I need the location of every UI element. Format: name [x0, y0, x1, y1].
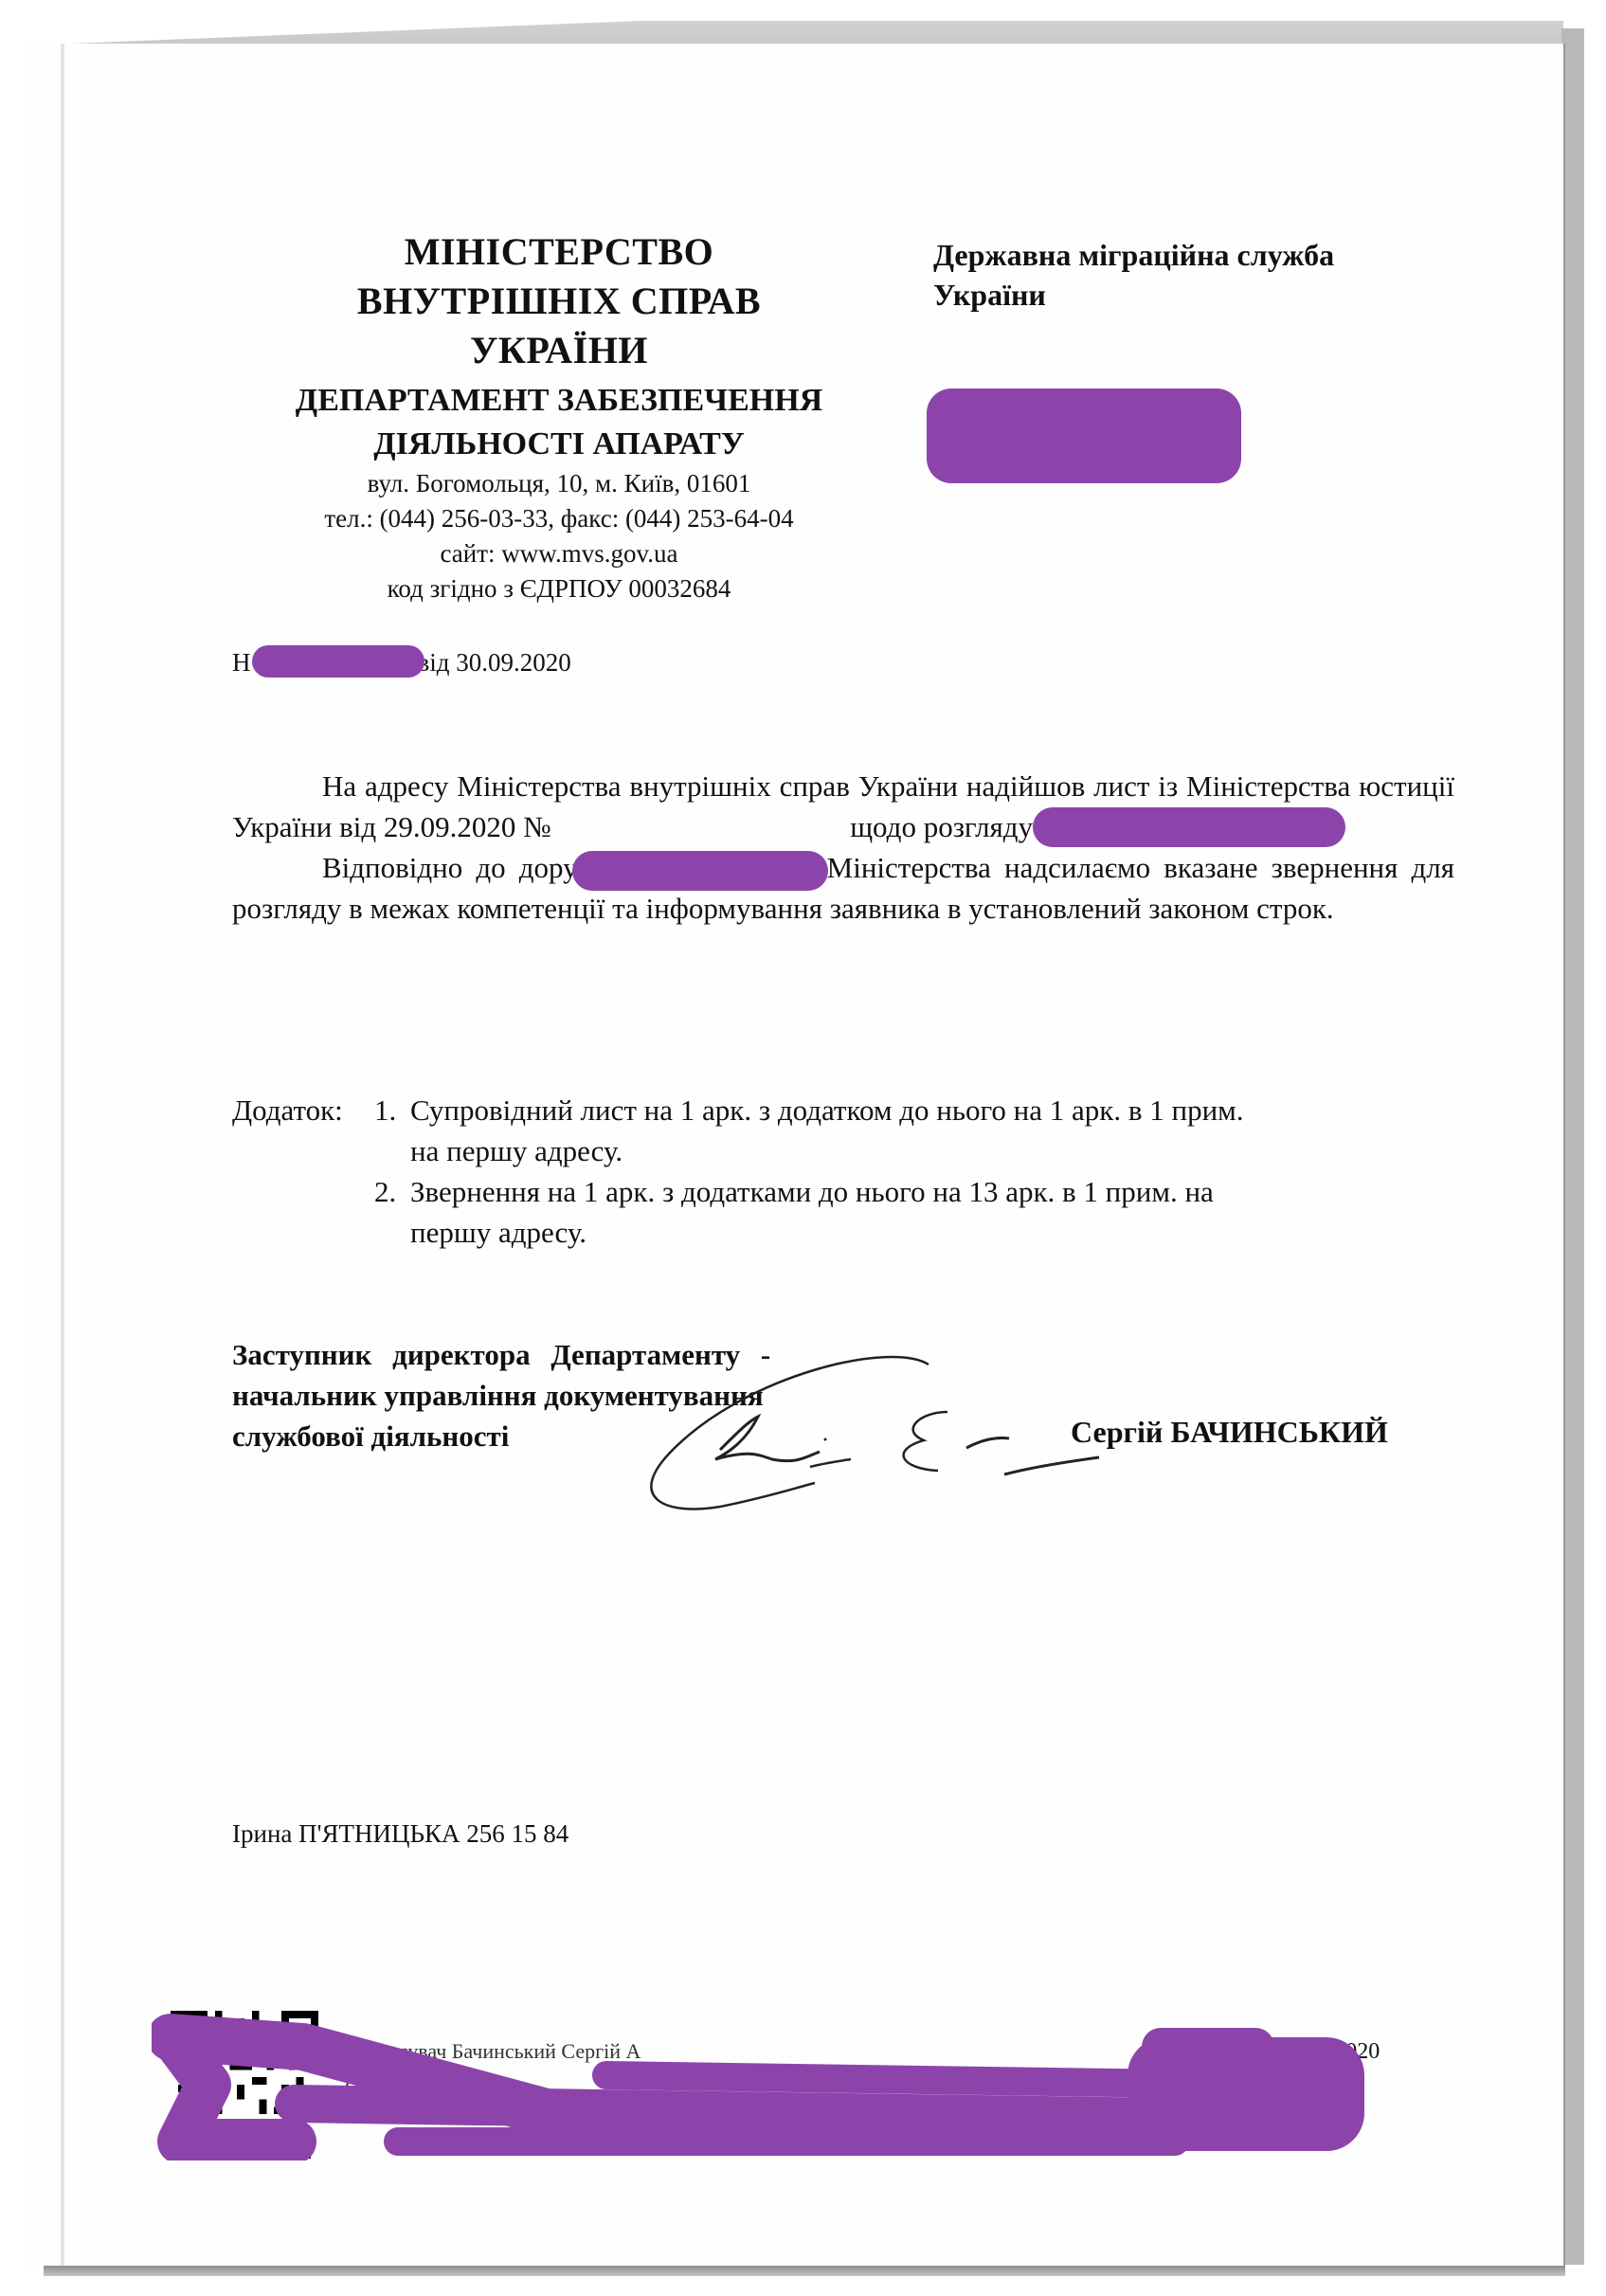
redaction-registration-number	[252, 645, 424, 678]
ministry-line: УКРАЇНИ	[313, 326, 805, 375]
redaction-citizen-name	[572, 851, 828, 891]
attachment-text: Звернення на 1 арк. з додатками до нього…	[410, 1171, 1214, 1212]
department-line: ДЕПАРТАМЕНТ ЗАБЕЗПЕЧЕННЯ	[256, 379, 862, 423]
letterhead-contacts: вул. Богомольця, 10, м. Київ, 01601 тел.…	[256, 466, 862, 606]
redaction-letter-number	[1033, 807, 1345, 847]
page-shadow-bottom	[44, 2265, 1565, 2276]
recipient: Державна міграційна служба України	[933, 235, 1464, 315]
attachment-text: першу адресу.	[374, 1212, 1454, 1253]
attachment-text: на першу адресу.	[374, 1130, 1454, 1171]
recipient-line: Державна міграційна служба	[933, 235, 1464, 275]
attachment-number: 2.	[374, 1171, 410, 1212]
redaction-footer-scribble	[152, 2009, 1383, 2160]
redaction-recipient-address	[927, 389, 1241, 483]
executor-contact: Ірина П'ЯТНИЦЬКА 256 15 84	[232, 1819, 568, 1849]
letter-body: На адресу Міністерства внутрішніх справ …	[232, 766, 1454, 929]
signer-name: Сергій БАЧИНСЬКИЙ	[1071, 1415, 1388, 1450]
website: сайт: www.mvs.gov.ua	[256, 536, 862, 571]
attachment-number: 1.	[374, 1090, 410, 1130]
registration-prefix: Н	[232, 648, 251, 677]
ministry-line: ВНУТРІШНІХ СПРАВ	[313, 277, 805, 326]
department-line: ДІЯЛЬНОСТІ АПАРАТУ	[256, 423, 862, 466]
attachment-item: 1. Супровідний лист на 1 арк. з додатком…	[374, 1090, 1454, 1130]
department-name: ДЕПАРТАМЕНТ ЗАБЕЗПЕЧЕННЯ ДІЯЛЬНОСТІ АПАР…	[256, 379, 862, 466]
ministry-line: МІНІСТЕРСТВО	[313, 227, 805, 277]
attachments: Додаток: 1. Супровідний лист на 1 арк. з…	[232, 1090, 1454, 1253]
page-fold-line	[61, 44, 64, 2266]
address: вул. Богомольця, 10, м. Київ, 01601	[256, 466, 862, 501]
body-paragraph-2: Відповідно до доручення керівництва Міні…	[232, 847, 1454, 929]
body-text: щодо	[850, 810, 916, 843]
ministry-name: МІНІСТЕРСТВО ВНУТРІШНІХ СПРАВ УКРАЇНИ	[313, 227, 805, 375]
attachment-text: Супровідний лист на 1 арк. з додатком до…	[410, 1090, 1244, 1130]
phones: тел.: (044) 256-03-33, факс: (044) 253-6…	[256, 501, 862, 536]
edrpou-code: код згідно з ЄДРПОУ 00032684	[256, 571, 862, 606]
page-shadow-top	[23, 21, 1563, 45]
registration-date: від 30.09.2020	[418, 648, 571, 677]
attachment-item: 2. Звернення на 1 арк. з додатками до нь…	[374, 1171, 1454, 1212]
attachments-label: Додаток:	[232, 1090, 374, 1253]
recipient-line: України	[933, 275, 1464, 315]
